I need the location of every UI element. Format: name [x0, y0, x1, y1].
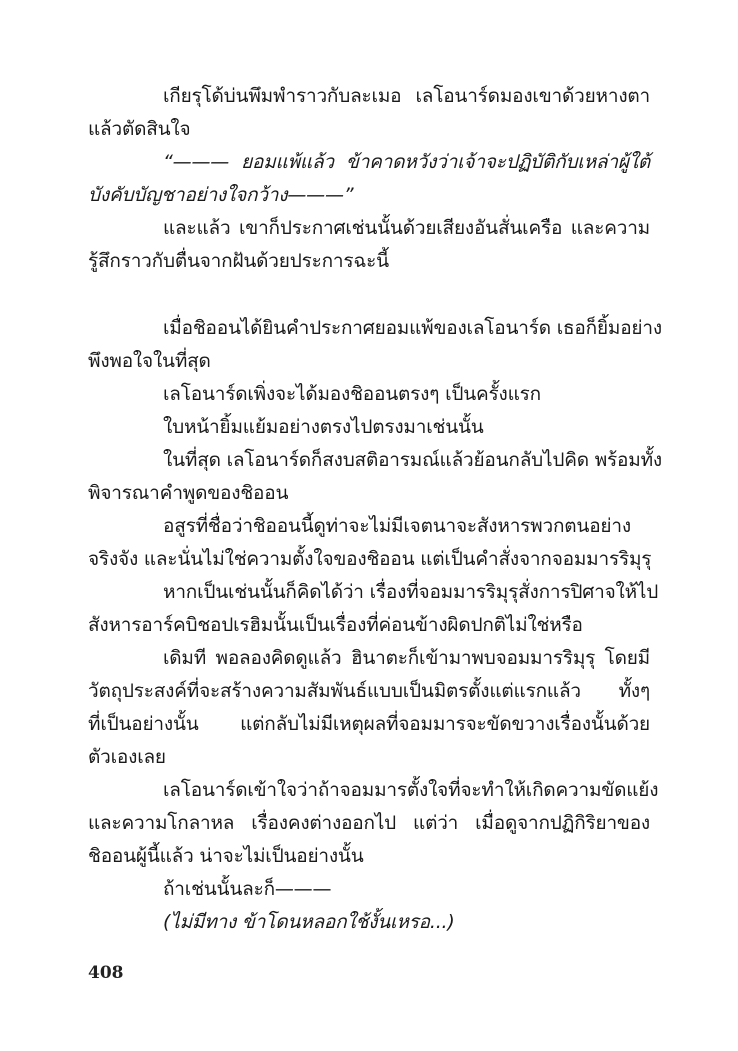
text-line: สังหารอาร์คบิชอปเรฮิมนั้นเป็นเรื่องที่ค่… — [88, 613, 583, 637]
text-line: ตัวเองเลย — [88, 745, 166, 769]
text-line: และแล้ว เขาก็ประกาศเช่นนั้นด้วยเสียงอันส… — [163, 216, 650, 240]
text-line: อสูรที่ชื่อว่าชิออนนี้ดูท่าจะไม่มีเจตนาจ… — [163, 514, 650, 538]
text-line: ในที่สุด เลโอนาร์ดก็สงบสติอารมณ์แล้วย้อน… — [163, 448, 650, 472]
page-number: 408 — [88, 963, 124, 983]
text-line: จริงจัง และนั่นไม่ใช่ความตั้งใจของชิออน … — [88, 547, 650, 571]
text-line: เดิมที พอลองคิดดูแล้ว ฮินาตะก็เข้ามาพบจอ… — [163, 646, 650, 670]
text-line: พิจารณาคำพูดของชิออน — [88, 481, 288, 505]
text-line: และความโกลาหล เรื่องคงต่างออกไป แต่ว่า เ… — [88, 811, 650, 835]
text-line: เกียรุโด้บ่นพึมพำราวกับละเมอ เลโอนาร์ดมอ… — [163, 84, 650, 108]
text-line: ใบหน้ายิ้มแย้มอย่างตรงไปตรงมาเช่นนั้น — [163, 415, 484, 439]
text-line: ที่เป็นอย่างนั้น แต่กลับไม่มีเหตุผลที่จอ… — [88, 712, 650, 736]
text-line: ชิออนผู้นี้แล้ว น่าจะไม่เป็นอย่างนั้น — [88, 844, 364, 868]
text-line: เลโอนาร์ดเข้าใจว่าถ้าจอมมารตั้งใจที่จะทำ… — [163, 778, 650, 802]
dialogue-line: บังคับบัญชาอย่างใจกว้าง———” — [88, 183, 353, 207]
text-line: พึงพอใจในที่สุด — [88, 349, 211, 373]
dialogue-line: (ไม่มีทาง ข้าโดนหลอกใช้งั้นเหรอ...) — [163, 910, 455, 934]
text-line: รู้สึกราวกับตื่นจากฝันด้วยประการฉะนี้ — [88, 249, 389, 273]
text-line: เลโอนาร์ดเพิ่งจะได้มองชิออนตรงๆ เป็นครั้… — [163, 382, 541, 406]
text-line: ถ้าเช่นนั้นละก็——— — [163, 877, 331, 901]
dialogue-line: “——— ยอมแพ้แล้ว ข้าคาดหวังว่าเจ้าจะปฏิบั… — [163, 150, 650, 174]
text-line: เมื่อชิออนได้ยินคำประกาศยอมแพ้ของเลโอนาร… — [163, 316, 650, 340]
text-line: หากเป็นเช่นนั้นก็คิดได้ว่า เรื่องที่จอมม… — [163, 580, 650, 604]
book-page: เกียรุโด้บ่นพึมพำราวกับละเมอ เลโอนาร์ดมอ… — [0, 0, 738, 1051]
text-line: แล้วตัดสินใจ — [88, 117, 190, 141]
text-line: วัตถุประสงค์ที่จะสร้างความสัมพันธ์แบบเป็… — [88, 679, 650, 703]
